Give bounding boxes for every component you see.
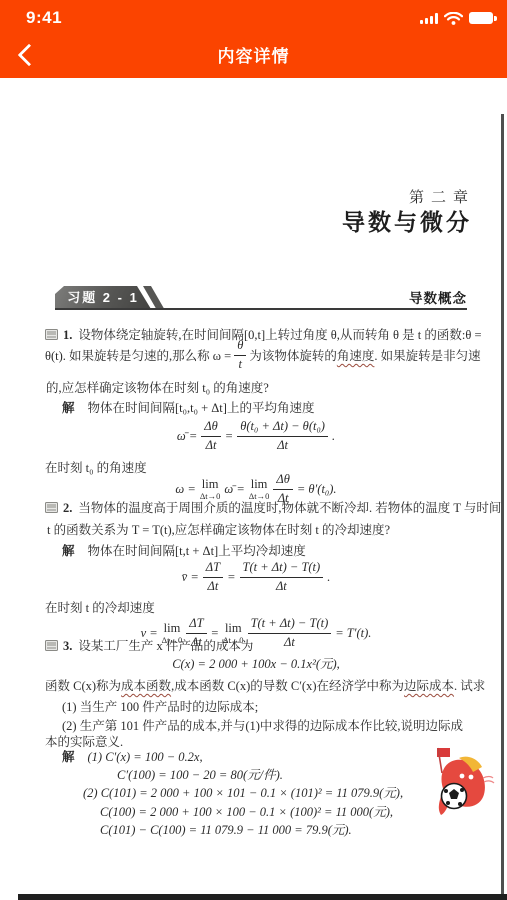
problem-number: 2. <box>63 501 72 515</box>
mascot-sticker <box>423 743 497 819</box>
formula-tail: . <box>327 570 330 585</box>
solution-text: 物体在时间间隔[t₀,t₀ + Δt]上的平均角速度 <box>88 401 315 415</box>
fraction: T(t + Δt) − T(t)Δt <box>240 560 324 594</box>
problem-1-average-formula: ω̄ = ΔθΔt = θ(t₀ + Δt) − θ(t₀)Δt . <box>45 414 467 458</box>
term-emphasized: 成本函数 <box>121 679 171 693</box>
problem-text: 设某工厂生产 x 件产品的成本为 <box>78 639 253 653</box>
problem-text: 函数 C(x)称为 <box>45 679 121 693</box>
problem-text: ,成本函数 C(x)的导数 C′(x)在经济学中称为 <box>171 679 404 693</box>
limit-operator: limΔt→0 <box>200 478 221 500</box>
inline-fraction: θt <box>234 338 246 372</box>
problem-3-solution-line-3: (2) C(101) = 2 000 + 100 × 101 − 0.1 × (… <box>83 783 403 801</box>
status-bar: 9:41 <box>0 0 507 30</box>
solution-math: (1) C′(x) = 100 − 0.2x, <box>88 750 203 764</box>
term-emphasized: 边际成本 <box>404 679 454 693</box>
app-header: 9:41 内容详情 <box>0 0 507 78</box>
signal-icon <box>420 13 438 24</box>
problem-3-line-2: 函数 C(x)称为成本函数,成本函数 C(x)的导数 C′(x)在经济学中称为边… <box>45 676 485 694</box>
app-screen: 9:41 内容详情 第二章 导数与微分 习题 2 - 1 导数概念 <box>0 0 507 900</box>
fraction: θ(t₀ + Δt) − θ(t₀)Δt <box>237 419 328 453</box>
page-edge-line <box>501 114 504 900</box>
formula-tail: = θ′(t₀). <box>297 482 337 497</box>
section-rule <box>55 308 467 310</box>
status-icons <box>420 12 493 25</box>
page-bottom-edge <box>18 894 507 900</box>
problem-text: 当物体的温度高于周围介质的温度时,物体就不断冷却. 若物体的温度 T 与时间 <box>78 501 501 515</box>
battery-icon <box>469 12 493 24</box>
problem-text: . 试求 <box>454 679 485 693</box>
problem-2-line-1: 2.当物体的温度高于周围介质的温度时,物体就不断冷却. 若物体的温度 T 与时间 <box>45 498 501 516</box>
problem-2-average-formula: v̄ = ΔTΔt = T(t + Δt) − T(t)Δt . <box>45 556 467 598</box>
problem-3-cost-formula: C(x) = 2 000 + 100x − 0.1x²(元), <box>45 654 467 672</box>
fraction: ΔTΔt <box>203 560 223 594</box>
problem-1-line-2: θ(t). 如果旋转是匀速的,那么称 ω = θt 为该物体旋转的 角速度 . … <box>45 339 481 371</box>
term-emphasized: 角速度 <box>337 346 375 364</box>
formula-lhs: ω̄ = <box>177 429 197 444</box>
status-time: 9:41 <box>26 8 62 28</box>
document-scroll-area[interactable]: 第二章 导数与微分 习题 2 - 1 导数概念 1.设物体绕定轴旋转,在时间间隔… <box>0 78 507 900</box>
section-label: 导数概念 <box>409 287 467 307</box>
formula-tail: = T′(t). <box>335 626 371 641</box>
problem-3-solution-line-1: 解(1) C′(x) = 100 − 0.2x, <box>62 747 203 765</box>
problem-number: 3. <box>63 639 72 653</box>
problem-text: θ(t). 如果旋转是匀速的,那么称 ω = <box>45 346 231 364</box>
problem-3-solution-line-2: C′(100) = 100 − 20 = 80(元/件). <box>117 765 283 783</box>
chapter-title: 导数与微分 <box>342 204 472 237</box>
problem-text: 为该物体旋转的 <box>249 346 337 364</box>
nav-bar: 内容详情 <box>0 30 507 78</box>
limit-operator: limΔt→0 <box>249 478 270 500</box>
solution-label: 解 <box>62 750 75 764</box>
problem-marker-icon <box>45 502 58 513</box>
problem-3-line-1: 3.设某工厂生产 x 件产品的成本为 <box>45 636 253 654</box>
problem-2-line-2: t 的函数关系为 T = T(t),应怎样确定该物体在时刻 t 的冷却速度? <box>47 520 390 538</box>
problem-text: . 如果旋转是非匀速 <box>374 346 480 364</box>
fraction: ΔθΔt <box>201 419 220 453</box>
equals-sign: = <box>225 429 233 444</box>
problem-3-item-1: (1) 当生产 100 件产品时的边际成本; <box>62 697 258 715</box>
formula-tail: . <box>332 429 335 444</box>
formula-mid: ω̄ = <box>224 482 244 497</box>
exercise-banner: 习题 2 - 1 <box>55 286 151 309</box>
problem-3-solution-line-5: C(101) − C(100) = 11 079.9 − 11 000 = 79… <box>100 820 352 838</box>
page-title: 内容详情 <box>0 42 507 67</box>
formula-text: C(x) = 2 000 + 100x − 0.1x²(元), <box>172 654 340 672</box>
problem-marker-icon <box>45 640 58 651</box>
equals-sign: = <box>227 570 235 585</box>
solution-label: 解 <box>62 401 75 415</box>
problem-1-line-3: 的,应怎样确定该物体在时刻 t₀ 的角速度? <box>46 378 269 396</box>
wifi-icon <box>444 12 463 25</box>
formula-lhs: v̄ = <box>182 570 199 585</box>
fraction: T(t + Δt) − T(t)Δt <box>248 616 332 650</box>
problem-3-solution-line-4: C(100) = 2 000 + 100 × 100 − 0.1 × (100)… <box>100 802 393 820</box>
formula-lhs: ω = <box>175 482 195 497</box>
